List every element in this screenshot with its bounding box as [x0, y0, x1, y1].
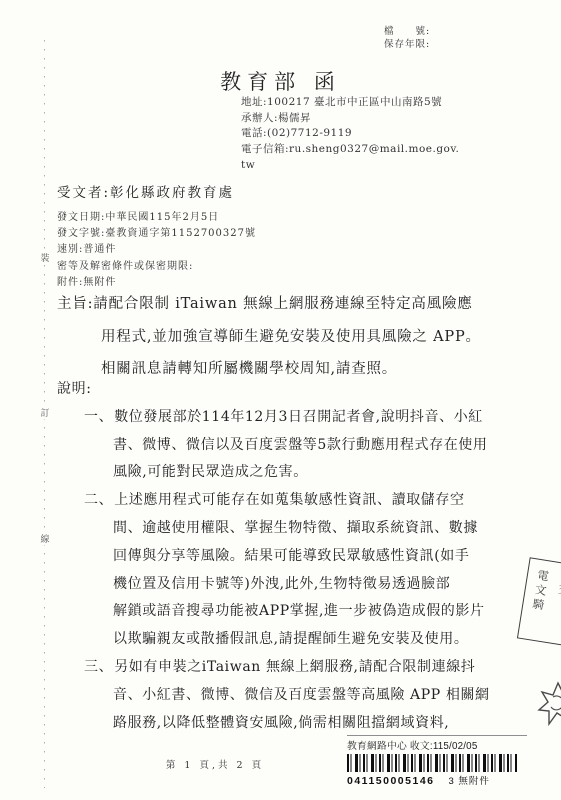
barcode	[347, 754, 517, 772]
binding-char-xian: 線	[39, 532, 51, 545]
description-item-2-line: 以欺騙親友或散播假訊息,請提醒師生避免安裝及使用。	[57, 626, 537, 654]
description-item-2: 二、上述應用程式可能存在如蒐集敏感性資訊、讀取儲存空	[57, 487, 537, 515]
barcode-caption: 0411500051463 無附件	[347, 773, 527, 787]
flower-stamp-icon	[536, 680, 561, 732]
item-number: 三、	[84, 659, 113, 675]
item-text: 另如有申裝之iTaiwan 無線上網服務,請配合限制連線抖	[114, 659, 475, 675]
receipt-text: 教育網路中心 收文:115/02/05	[347, 738, 527, 752]
sender-email-continued: tw	[241, 158, 459, 174]
description-item-3-line: 路服務,以降低整體資安風險,倘需相關阻擋網域資料,	[57, 710, 537, 738]
subject-label: 主旨:	[57, 296, 93, 312]
description-item-1: 一、數位發展部於114年12月3日召開記者會,說明抖音、小紅	[57, 404, 537, 432]
sender-address: 地址:100217 臺北市中正區中山南路5號	[241, 95, 459, 111]
sender-info-block: 地址:100217 臺北市中正區中山南路5號 承辦人:楊儒昇 電話:(02)77…	[241, 95, 459, 174]
meta-issue-date: 發文日期:中華民國115年2月5日	[57, 210, 256, 226]
barcode-note: 3 無附件	[449, 776, 490, 787]
description-item-2-line: 機位置及信用卡號等)外洩,此外,生物特徵易透過臉部	[57, 571, 537, 599]
description-item-3: 三、另如有申裝之iTaiwan 無線上網服務,請配合限制連線抖	[57, 654, 537, 682]
receipt-stamp-block: 教育網路中心 收文:115/02/05 0411500051463 無附件	[347, 735, 527, 787]
stamp-text-column: 子交	[555, 568, 561, 599]
description-item-3-line: 音、小紅書、微博、微信及百度雲盤等高風險 APP 相關網	[57, 682, 537, 710]
document-title: 教育部 函	[0, 66, 561, 96]
description-item-1-line: 書、微博、微信以及百度雲盤等5款行動應用程式存在使用	[57, 432, 537, 460]
file-number-label: 檔 號:	[384, 25, 430, 38]
description-section: 說明: 一、數位發展部於114年12月3日召開記者會,說明抖音、小紅 書、微博、…	[57, 376, 537, 737]
stamp-text-column: 電文騎	[529, 568, 552, 613]
description-item-2-line: 解鎖或語音搜尋功能被APP掌握,進一步被偽造成假的影片	[57, 598, 537, 626]
meta-doc-number: 發文字號:臺教資通字第1152700327號	[57, 226, 256, 242]
item-number: 二、	[84, 492, 113, 508]
meta-security: 密等及解密條件或保密期限:	[57, 259, 256, 275]
sender-phone: 電話:(02)7712-9119	[241, 126, 459, 142]
document-page: 裝 訂 線 檔 號: 保存年限: 教育部 函 地址:100217 臺北市中正區中…	[0, 0, 561, 800]
meta-block: 發文日期:中華民國115年2月5日 發文字號:臺教資通字第1152700327號…	[57, 210, 256, 291]
subject-text: 請配合限制 iTaiwan 無線上網服務連線至特定高風險應	[93, 296, 472, 312]
subject-line: 用程式,並加強宣導師生避免安裝及使用具風險之 APP。	[57, 321, 527, 354]
item-text: 上述應用程式可能存在如蒐集敏感性資訊、讀取儲存空	[114, 492, 464, 508]
subject-line: 主旨:請配合限制 iTaiwan 無線上網服務連線至特定高風險應	[57, 288, 527, 321]
file-number-block: 檔 號: 保存年限:	[384, 25, 430, 51]
sender-contact-person: 承辦人:楊儒昇	[241, 111, 459, 127]
description-label: 說明:	[57, 376, 537, 404]
subject-section: 主旨:請配合限制 iTaiwan 無線上網服務連線至特定高風險應 用程式,並加強…	[57, 288, 527, 386]
barcode-number: 041150005146	[347, 775, 435, 787]
description-item-1-line: 風險,可能對民眾造成之危害。	[57, 459, 537, 487]
binding-char-ding: 訂	[39, 406, 51, 419]
sender-email: 電子信箱:ru.sheng0327@mail.moe.gov.	[241, 142, 459, 158]
binding-char-zhuang: 裝	[39, 251, 51, 264]
item-number: 一、	[84, 409, 113, 425]
recipient-line: 受文者:彰化縣政府教育處	[57, 181, 234, 201]
item-text: 數位發展部於114年12月3日召開記者會,說明抖音、小紅	[114, 409, 483, 425]
retention-period-label: 保存年限:	[384, 38, 430, 51]
meta-speed: 速別:普通件	[57, 242, 256, 258]
description-item-2-line: 間、逾越使用權限、掌握生物特徵、擷取系統資訊、數據	[57, 515, 537, 543]
description-item-2-line: 回傳與分享等風險。結果可能導致民眾敏感性資訊(如手	[57, 543, 537, 571]
